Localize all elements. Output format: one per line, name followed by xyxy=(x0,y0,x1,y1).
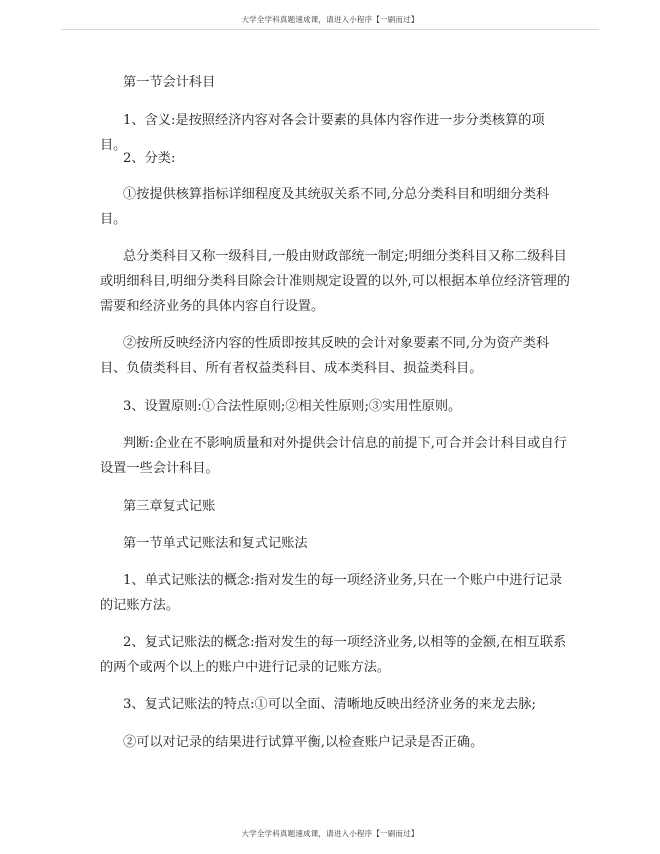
page-footer: 大学全学科真题速成课，请进入小程序【一刷而过】 xyxy=(0,828,660,839)
section-title: 第一节会计科目 xyxy=(100,70,570,95)
chapter-title: 第三章复式记账 xyxy=(100,494,570,519)
section-title-2: 第一节单式记账法和复式记账法 xyxy=(100,531,570,556)
paragraph-judgement: 判断:企业在不影响质量和对外提供会计信息的前提下,可合并会计科目或自行设置一些会… xyxy=(100,431,570,481)
header-divider xyxy=(61,29,599,30)
paragraph-classification-heading: 2、分类: xyxy=(100,146,570,171)
paragraph-classification-2: ②按所反映经济内容的性质即按其反映的会计对象要素不同,分为资产类科目、负债类科目… xyxy=(100,331,570,381)
header-text: 大学全学科真题速成课，请进入小程序【一刷而过】 xyxy=(0,14,660,25)
paragraph-features-1: 3、复式记账法的特点:①可以全面、清晰地反映出经济业务的来龙去脉; xyxy=(100,692,570,717)
paragraph-double-entry: 2、复式记账法的概念:指对发生的每一项经济业务,以相等的金额,在相互联系的两个或… xyxy=(100,630,570,680)
paragraph-classification-1: ①按提供核算指标详细程度及其统驭关系不同,分总分类科目和明细分类科目。 xyxy=(100,182,570,232)
paragraph-features-2: ②可以对记录的结果进行试算平衡,以检查账户记录是否正确。 xyxy=(100,730,570,755)
paragraph-single-entry: 1、单式记账法的概念:指对发生的每一项经济业务,只在一个账户中进行记录的记账方法… xyxy=(100,568,570,618)
paragraph-principles: 3、设置原则:①合法性原则;②相关性原则;③实用性原则。 xyxy=(100,394,570,419)
paragraph-general-ledger: 总分类科目又称一级科目,一般由财政部统一制定;明细分类科目又称二级科目或明细科目… xyxy=(100,244,570,319)
